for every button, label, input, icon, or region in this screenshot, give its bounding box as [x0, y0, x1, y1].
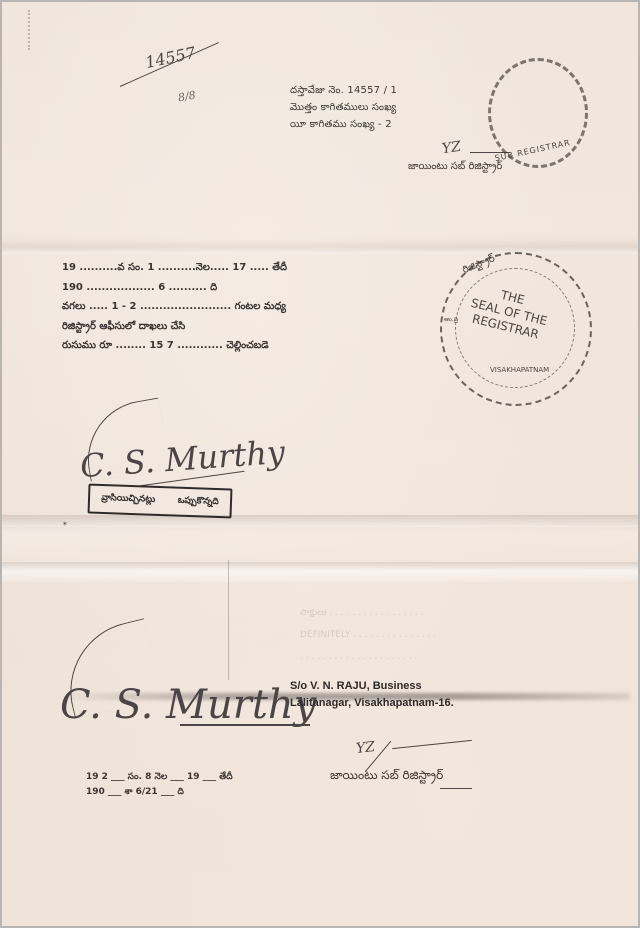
registrar-initials: YZ [441, 139, 462, 157]
registration-date-block: 19 ..........వ సం. 1 ..........నెల..... … [62, 258, 287, 356]
registry-line: యీ కాగితము సంఖ్య - 2 [290, 116, 397, 133]
ghost-line: సాక్షులు . . . . . . . . . . . . . . . .… [300, 602, 600, 624]
registry-line: దస్తావేజు నెం. 14557 / 1 [290, 82, 397, 99]
acknowledgement-stamp: వ్రాసియిచ్చినట్లు ఒప్పుకొన్నది [88, 483, 233, 518]
date-line: 190 ___ శా 6/21 ___ ది [86, 785, 233, 800]
stray-mark: ✶ [62, 520, 68, 528]
stamp-left-text: వ్రాసియిచ్చినట్లు [101, 493, 155, 507]
registrar-title: జాయింటు సబ్ రిజిస్ట్రార్ [408, 160, 502, 174]
seal-side-text: ఆం.ప్ర [444, 316, 458, 324]
fold-crease [2, 240, 638, 254]
date-line: 19 2 ___ సం. 8 నెల ___ 19 ___ తేదీ [86, 770, 233, 785]
block-line: రుసుము రూ ........ 15 7 ............ చెల… [62, 336, 287, 356]
block-line: 19 ..........వ సం. 1 ..........నెల..... … [62, 258, 287, 278]
registry-block: దస్తావేజు నెం. 14557 / 1 మొత్తం కాగితముల… [290, 82, 397, 133]
witness-signature: C. S. Murthy [60, 682, 316, 728]
reverse-bleed-text: సాక్షులు . . . . . . . . . . . . . . . .… [300, 602, 600, 668]
address-line: Lalitanagar, Visakhapatnam-16. [290, 695, 454, 712]
endorsement-date-block: 19 2 ___ సం. 8 నెల ___ 19 ___ తేదీ 190 _… [86, 770, 233, 800]
ghost-line: . . . . . . . . . . . . . . . . . . . . … [300, 646, 600, 668]
ghost-line: DEFINITELY . . . . . . . . . . . . . . . [300, 624, 600, 646]
block-line: వగలు ..... 1 - 2 .......................… [62, 297, 287, 317]
seal-bottom-text: VISAKHAPATNAM [490, 366, 549, 374]
edge-perforation [28, 10, 36, 50]
fold-crease [2, 562, 638, 582]
block-line: 190 .................. 6 .......... ది [62, 278, 287, 298]
registrar-initials: YZ [355, 739, 376, 757]
block-line: రిజిస్ట్రార్ ఆఫీసులో దాఖలు చేసి [62, 317, 287, 337]
pen-stroke [180, 724, 310, 726]
fold-crease-vertical [228, 560, 229, 680]
registry-line: మొత్తం కాగితములు సంఖ్య [290, 99, 397, 116]
stamp-right-text: ఒప్పుకొన్నది [178, 496, 219, 509]
registrar-title: జాయింటు సబ్ రిజిస్ట్రార్ [330, 768, 443, 785]
address-line: S/o V. N. RAJU, Business [290, 678, 454, 695]
address-stamp: S/o V. N. RAJU, Business Lalitanagar, Vi… [290, 678, 454, 712]
pen-stroke [440, 788, 472, 789]
fold-crease [2, 515, 638, 527]
